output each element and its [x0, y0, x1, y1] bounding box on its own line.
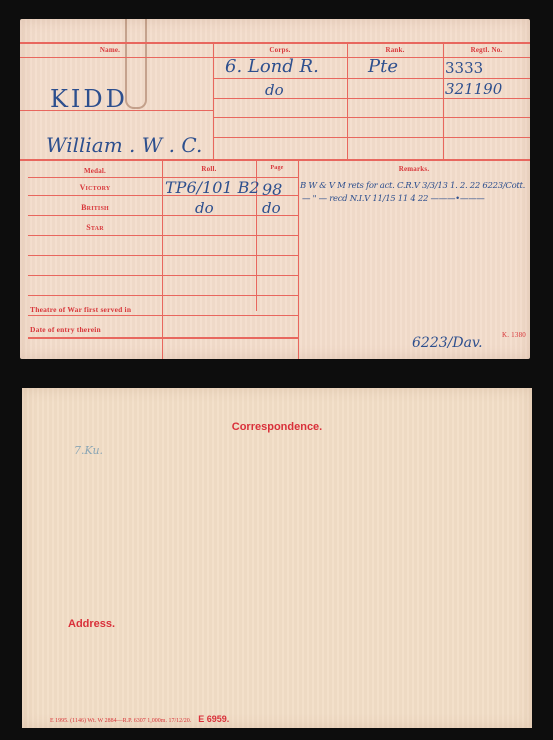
- header-name: Name.: [80, 46, 140, 54]
- rule: [28, 315, 298, 316]
- header-regtl-no: Regtl. No.: [443, 46, 530, 54]
- date-of-entry-label: Date of entry therein: [30, 325, 162, 334]
- page-victory: 98: [262, 180, 282, 199]
- annotation: 6223/Dav.: [412, 335, 483, 351]
- rule: [213, 78, 530, 79]
- page-british: do: [262, 199, 281, 217]
- divider: [298, 161, 299, 359]
- rule: [28, 337, 298, 339]
- rule: [28, 275, 298, 276]
- medal-index-card-back: Correspondence. 7.Ku. Address. E 1995. (…: [22, 388, 532, 728]
- medal-british: British: [28, 203, 162, 212]
- medal-victory: Victory: [28, 183, 162, 192]
- corps-1: 6. Lond R.: [225, 56, 319, 77]
- rank-1: Pte: [368, 56, 398, 77]
- footer-print: E 1995. (1146) Wt. W 2884—R.P. 6307 1,00…: [50, 718, 191, 724]
- header-page: Page: [256, 165, 298, 171]
- rule: [213, 98, 530, 99]
- header-medal: Medal.: [28, 167, 162, 175]
- remarks-line-2: — " — recd N.I.V 11/15 11 4 22 ———•———: [302, 194, 484, 204]
- rule: [28, 295, 298, 296]
- header-remarks: Remarks.: [298, 165, 530, 173]
- remarks-line-1: B W & V M rets for act. C.R.V 3/3/13 1. …: [300, 181, 525, 191]
- top-rule: [20, 42, 530, 44]
- corps-2: do: [265, 81, 284, 99]
- rule: [28, 235, 298, 236]
- footer-code: E 6959.: [198, 714, 229, 724]
- rule: [213, 137, 530, 138]
- divider: [213, 42, 214, 159]
- rule: [28, 255, 298, 256]
- divider: [443, 42, 444, 159]
- paperclip-stain: [125, 19, 147, 109]
- roll-victory: TP6/101 B2: [165, 178, 260, 197]
- correspondence-label: Correspondence.: [22, 421, 532, 433]
- regtl-no-2: 321190: [445, 80, 502, 98]
- header-rank: Rank.: [347, 46, 443, 54]
- surname: KIDD: [50, 85, 128, 113]
- address-label: Address.: [68, 618, 115, 630]
- divider: [162, 161, 163, 359]
- rule: [20, 159, 530, 161]
- header-roll: Roll.: [162, 165, 256, 173]
- header-corps: Corps.: [213, 46, 347, 54]
- regtl-no-1: 3333: [445, 59, 483, 77]
- printer-footer: E 1995. (1146) Wt. W 2884—R.P. 6307 1,00…: [50, 709, 229, 727]
- medal-index-card-front: Name. Corps. Rank. Regtl. No. KIDD Willi…: [20, 19, 530, 359]
- medal-star: Star: [28, 223, 162, 232]
- theatre-of-war-label: Theatre of War first served in: [30, 305, 162, 314]
- pencil-mark: 7.Ku.: [74, 444, 103, 457]
- rule: [213, 117, 530, 118]
- divider: [347, 42, 348, 159]
- form-number: K. 1380: [486, 331, 526, 339]
- rule: [28, 215, 298, 216]
- forenames: William . W . C.: [46, 133, 202, 157]
- roll-british: do: [195, 199, 214, 217]
